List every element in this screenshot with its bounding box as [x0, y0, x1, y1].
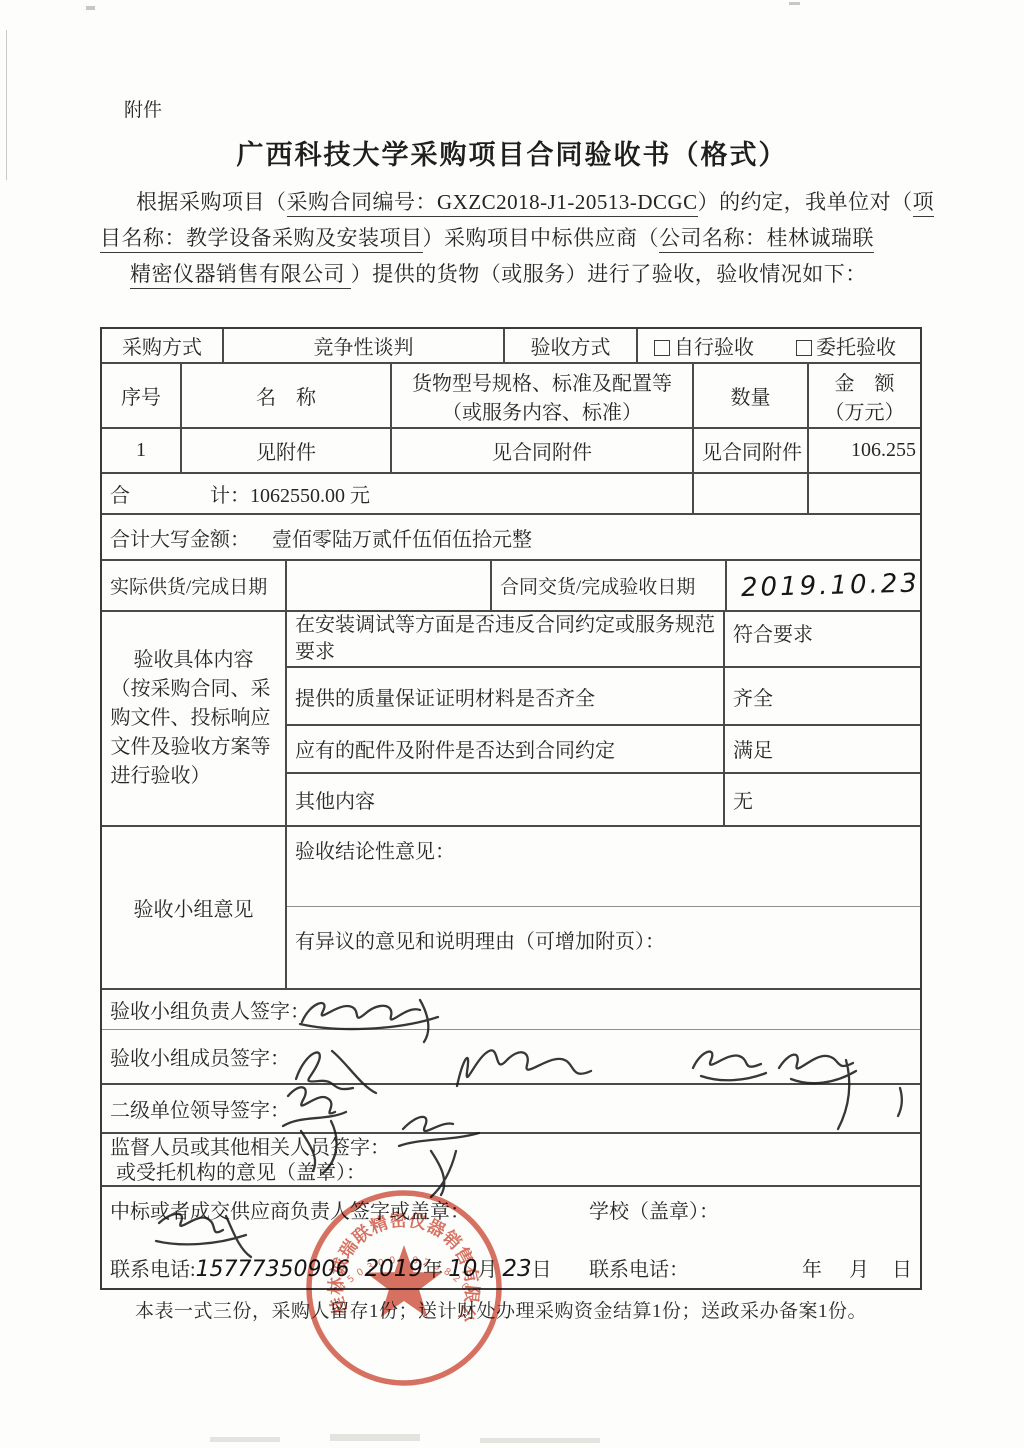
option-entrusted-acceptance: 委托验收: [796, 331, 896, 360]
acceptance-content-rows: 在安装调试等方面是否违反合同约定或服务规范要求 符合要求 提供的质量保证证明材料…: [287, 612, 920, 825]
col-header-qty: 数量: [694, 364, 809, 427]
team-opinion-label: 验收小组意见: [102, 827, 287, 988]
total-value: 1062550.00 元: [250, 479, 370, 508]
total-capital-cell: 合计大写金额：壹佰零陆万贰仟伍佰伍拾元整: [102, 515, 920, 559]
supervisor-agency-cell: 监督人员或其他相关人员签字： 或受托机构的意见（盖章）：: [102, 1134, 920, 1185]
total-empty-qty: [694, 474, 809, 513]
content-answer-1: 符合要求: [725, 612, 920, 666]
acceptance-method-options: 自行验收 委托验收: [638, 329, 920, 362]
school-date-blanks: 年 月 日: [802, 1253, 912, 1282]
sign-month-handwritten: 10: [448, 1256, 477, 1282]
total-capital-value: 壹佰零陆万贰仟伍佰伍拾元整: [272, 523, 532, 552]
group-acceptance-content: 验收具体内容 （按采购合同、采购文件、投标响应文件及验收方案等进行验收） 在安装…: [102, 612, 920, 827]
content-row-2: 提供的质量保证证明材料是否齐全 齐全: [287, 668, 920, 725]
row-item-1: 1 见附件 见合同附件 见合同附件 106.255: [102, 429, 920, 474]
sign-year-handwritten: 2019: [365, 1256, 424, 1282]
purchase-method-label: 采购方式: [102, 329, 224, 362]
col-header-spec-line2: （或服务内容、标准）: [392, 396, 692, 425]
leader-signature-label: 验收小组负责人签字：: [102, 990, 920, 1029]
acceptance-method-label: 验收方式: [505, 329, 638, 362]
acceptance-table: 采购方式 竞争性谈判 验收方式 自行验收 委托验收 序号 名 称 货物型号规格、…: [100, 327, 922, 1290]
year-char: 年: [423, 1259, 443, 1281]
distribution-note: 本表一式三份，采购人留存1份；送计财处办理采购资金结算1份；送政采办备案1份。: [135, 1296, 867, 1323]
contract-number: 采购合同编号：GXZC2018-J1-20513-DCGC: [287, 190, 698, 217]
checkbox-self-acceptance: [654, 340, 670, 356]
dept-signature-label: 二级单位领导签字：: [102, 1085, 920, 1132]
row-dept-signature: 二级单位领导签字：: [102, 1085, 920, 1134]
month-char: 月: [849, 1259, 869, 1281]
company-name-part2: 精密仪器销售有限公司: [130, 262, 351, 289]
purchase-method-value: 竞争性谈判: [224, 329, 505, 362]
scanned-acceptance-form: 附件 广西科技大学采购项目合同验收书（格式） 根据采购项目（采购合同编号：GXZ…: [0, 0, 1024, 1448]
conclusive-opinion-cell: 验收结论性意见：: [287, 827, 920, 907]
supervisor-label: 监督人员或其他相关人员签字：: [110, 1136, 920, 1161]
year-char: 年: [802, 1259, 822, 1281]
actual-date-label: 实际供货/完成日期: [102, 561, 287, 610]
checkbox-entrusted-acceptance: [796, 340, 812, 356]
content-answer-3: 满足: [725, 726, 920, 772]
supplier-sign-label: 中标或者成交供应商负责人签字或盖章：: [110, 1195, 470, 1224]
members-signature-label: 验收小组成员签字：: [102, 1030, 920, 1083]
checkbox-self-label: 自行验收: [674, 337, 754, 359]
contract-date-handwritten: 2019.10.23: [726, 558, 920, 612]
day-char: 日: [892, 1259, 912, 1281]
acceptance-content-label: 验收具体内容 （按采购合同、采购文件、投标响应文件及验收方案等进行验收）: [102, 612, 287, 825]
scan-smudge: [210, 1437, 280, 1442]
item-qty: 见合同附件: [694, 429, 809, 472]
col-header-name: 名 称: [182, 364, 392, 427]
row-members-signature: 验收小组成员签字：: [102, 1030, 920, 1085]
scan-speck: [86, 6, 95, 10]
agency-label: 或受托机构的意见（盖章）：: [110, 1161, 920, 1186]
scan-smudge: [480, 1438, 600, 1443]
scan-speck: [789, 2, 800, 5]
team-opinion-rows: 验收结论性意见： 有异议的意见和说明理由（可增加附页）：: [287, 827, 920, 988]
row-supplier-school: 中标或者成交供应商负责人签字或盖章： 学校（盖章）： 联系电话:15777350…: [102, 1187, 920, 1290]
item-seq: 1: [102, 429, 182, 472]
intro-text: 根据采购项目（: [136, 190, 287, 214]
row-column-headers: 序号 名 称 货物型号规格、标准及配置等 （或服务内容、标准） 数量 金 额 （…: [102, 364, 920, 429]
total-cell: 合 计：1062550.00 元: [102, 474, 694, 513]
month-char: 月: [477, 1259, 497, 1281]
intro-text: 项: [913, 190, 935, 217]
school-seal-label: 学校（盖章）：: [589, 1195, 719, 1224]
content-answer-4: 无: [725, 774, 920, 826]
intro-line-1: 根据采购项目（采购合同编号：GXZC2018-J1-20513-DCGC）的约定…: [136, 186, 934, 216]
total-capital-label: 合计大写金额：: [110, 523, 250, 552]
option-self-acceptance: 自行验收: [654, 331, 754, 360]
content-row-3: 应有的配件及附件是否达到合同约定 满足: [287, 726, 920, 774]
content-question-2: 提供的质量保证证明材料是否齐全: [287, 668, 725, 723]
col-header-amount-line1: 金 额: [809, 367, 920, 396]
company-name-part1: 公司名称：桂林诚瑞联: [659, 226, 874, 253]
col-header-amount: 金 额 （万元）: [809, 364, 920, 427]
intro-line-3: 精密仪器销售有限公司 ）提供的货物（或服务）进行了验收，验收情况如下：: [130, 258, 867, 288]
content-question-1: 在安装调试等方面是否违反合同约定或服务规范要求: [287, 612, 725, 666]
row-total-capital: 合计大写金额：壹佰零陆万贰仟伍佰伍拾元整: [102, 515, 920, 561]
page-title: 广西科技大学采购项目合同验收书（格式）: [0, 133, 1024, 172]
content-answer-2: 齐全: [725, 668, 920, 723]
row-supervisor-agency: 监督人员或其他相关人员签字： 或受托机构的意见（盖章）：: [102, 1134, 920, 1187]
objection-opinion-cell: 有异议的意见和说明理由（可增加附页）：: [287, 907, 920, 988]
content-row-4: 其他内容 无: [287, 774, 920, 826]
content-question-3: 应有的配件及附件是否达到合同约定: [287, 726, 725, 772]
content-row-1: 在安装调试等方面是否违反合同约定或服务规范要求 符合要求: [287, 612, 920, 668]
col-header-spec: 货物型号规格、标准及配置等 （或服务内容、标准）: [392, 364, 694, 427]
acceptance-content-title: 验收具体内容: [111, 646, 277, 675]
attachment-label: 附件: [124, 95, 162, 122]
supplier-phone-line: 联系电话:15777350906 2019年 10月 23日: [110, 1253, 552, 1282]
school-phone-label: 联系电话：: [589, 1253, 689, 1282]
total-label: 合 计：: [110, 479, 250, 508]
total-empty-amount: [809, 474, 920, 513]
scan-smudge: [330, 1434, 420, 1441]
row-dates: 实际供货/完成日期 合同交货/完成验收日期 2019.10.23: [102, 561, 920, 612]
content-question-4: 其他内容: [287, 774, 725, 826]
col-header-spec-line1: 货物型号规格、标准及配置等: [392, 367, 692, 396]
acceptance-content-subtitle: （按采购合同、采购文件、投标响应文件及验收方案等进行验收）: [111, 675, 277, 791]
supplier-phone-handwritten: 15777350906: [196, 1257, 350, 1282]
day-char: 日: [532, 1259, 552, 1281]
supplier-phone-label: 联系电话:: [110, 1259, 196, 1281]
intro-text: ）的约定，我单位对（: [698, 190, 913, 214]
item-name: 见附件: [182, 429, 392, 472]
intro-text: ）采购项目中标供应商（: [423, 226, 660, 250]
row-method: 采购方式 竞争性谈判 验收方式 自行验收 委托验收: [102, 329, 920, 364]
actual-date-value: [287, 561, 492, 610]
col-header-seq: 序号: [102, 364, 182, 427]
item-amount: 106.255: [809, 429, 920, 472]
project-name: 目名称：教学设备采购及安装项目: [100, 226, 423, 253]
supplier-school-cell: 中标或者成交供应商负责人签字或盖章： 学校（盖章）： 联系电话:15777350…: [102, 1187, 920, 1290]
intro-text: ）提供的货物（或服务）进行了验收，验收情况如下：: [351, 262, 867, 286]
contract-date-label: 合同交货/完成验收日期: [492, 561, 727, 610]
checkbox-entrusted-label: 委托验收: [816, 337, 896, 359]
row-total: 合 计：1062550.00 元: [102, 474, 920, 515]
row-leader-signature: 验收小组负责人签字：: [102, 990, 920, 1030]
col-header-amount-line2: （万元）: [809, 396, 920, 425]
item-spec: 见合同附件: [392, 429, 694, 472]
group-team-opinion: 验收小组意见 验收结论性意见： 有异议的意见和说明理由（可增加附页）：: [102, 827, 920, 990]
sign-day-handwritten: 23: [502, 1256, 531, 1282]
intro-line-2: 目名称：教学设备采购及安装项目）采购项目中标供应商（公司名称：桂林诚瑞联: [100, 222, 874, 252]
